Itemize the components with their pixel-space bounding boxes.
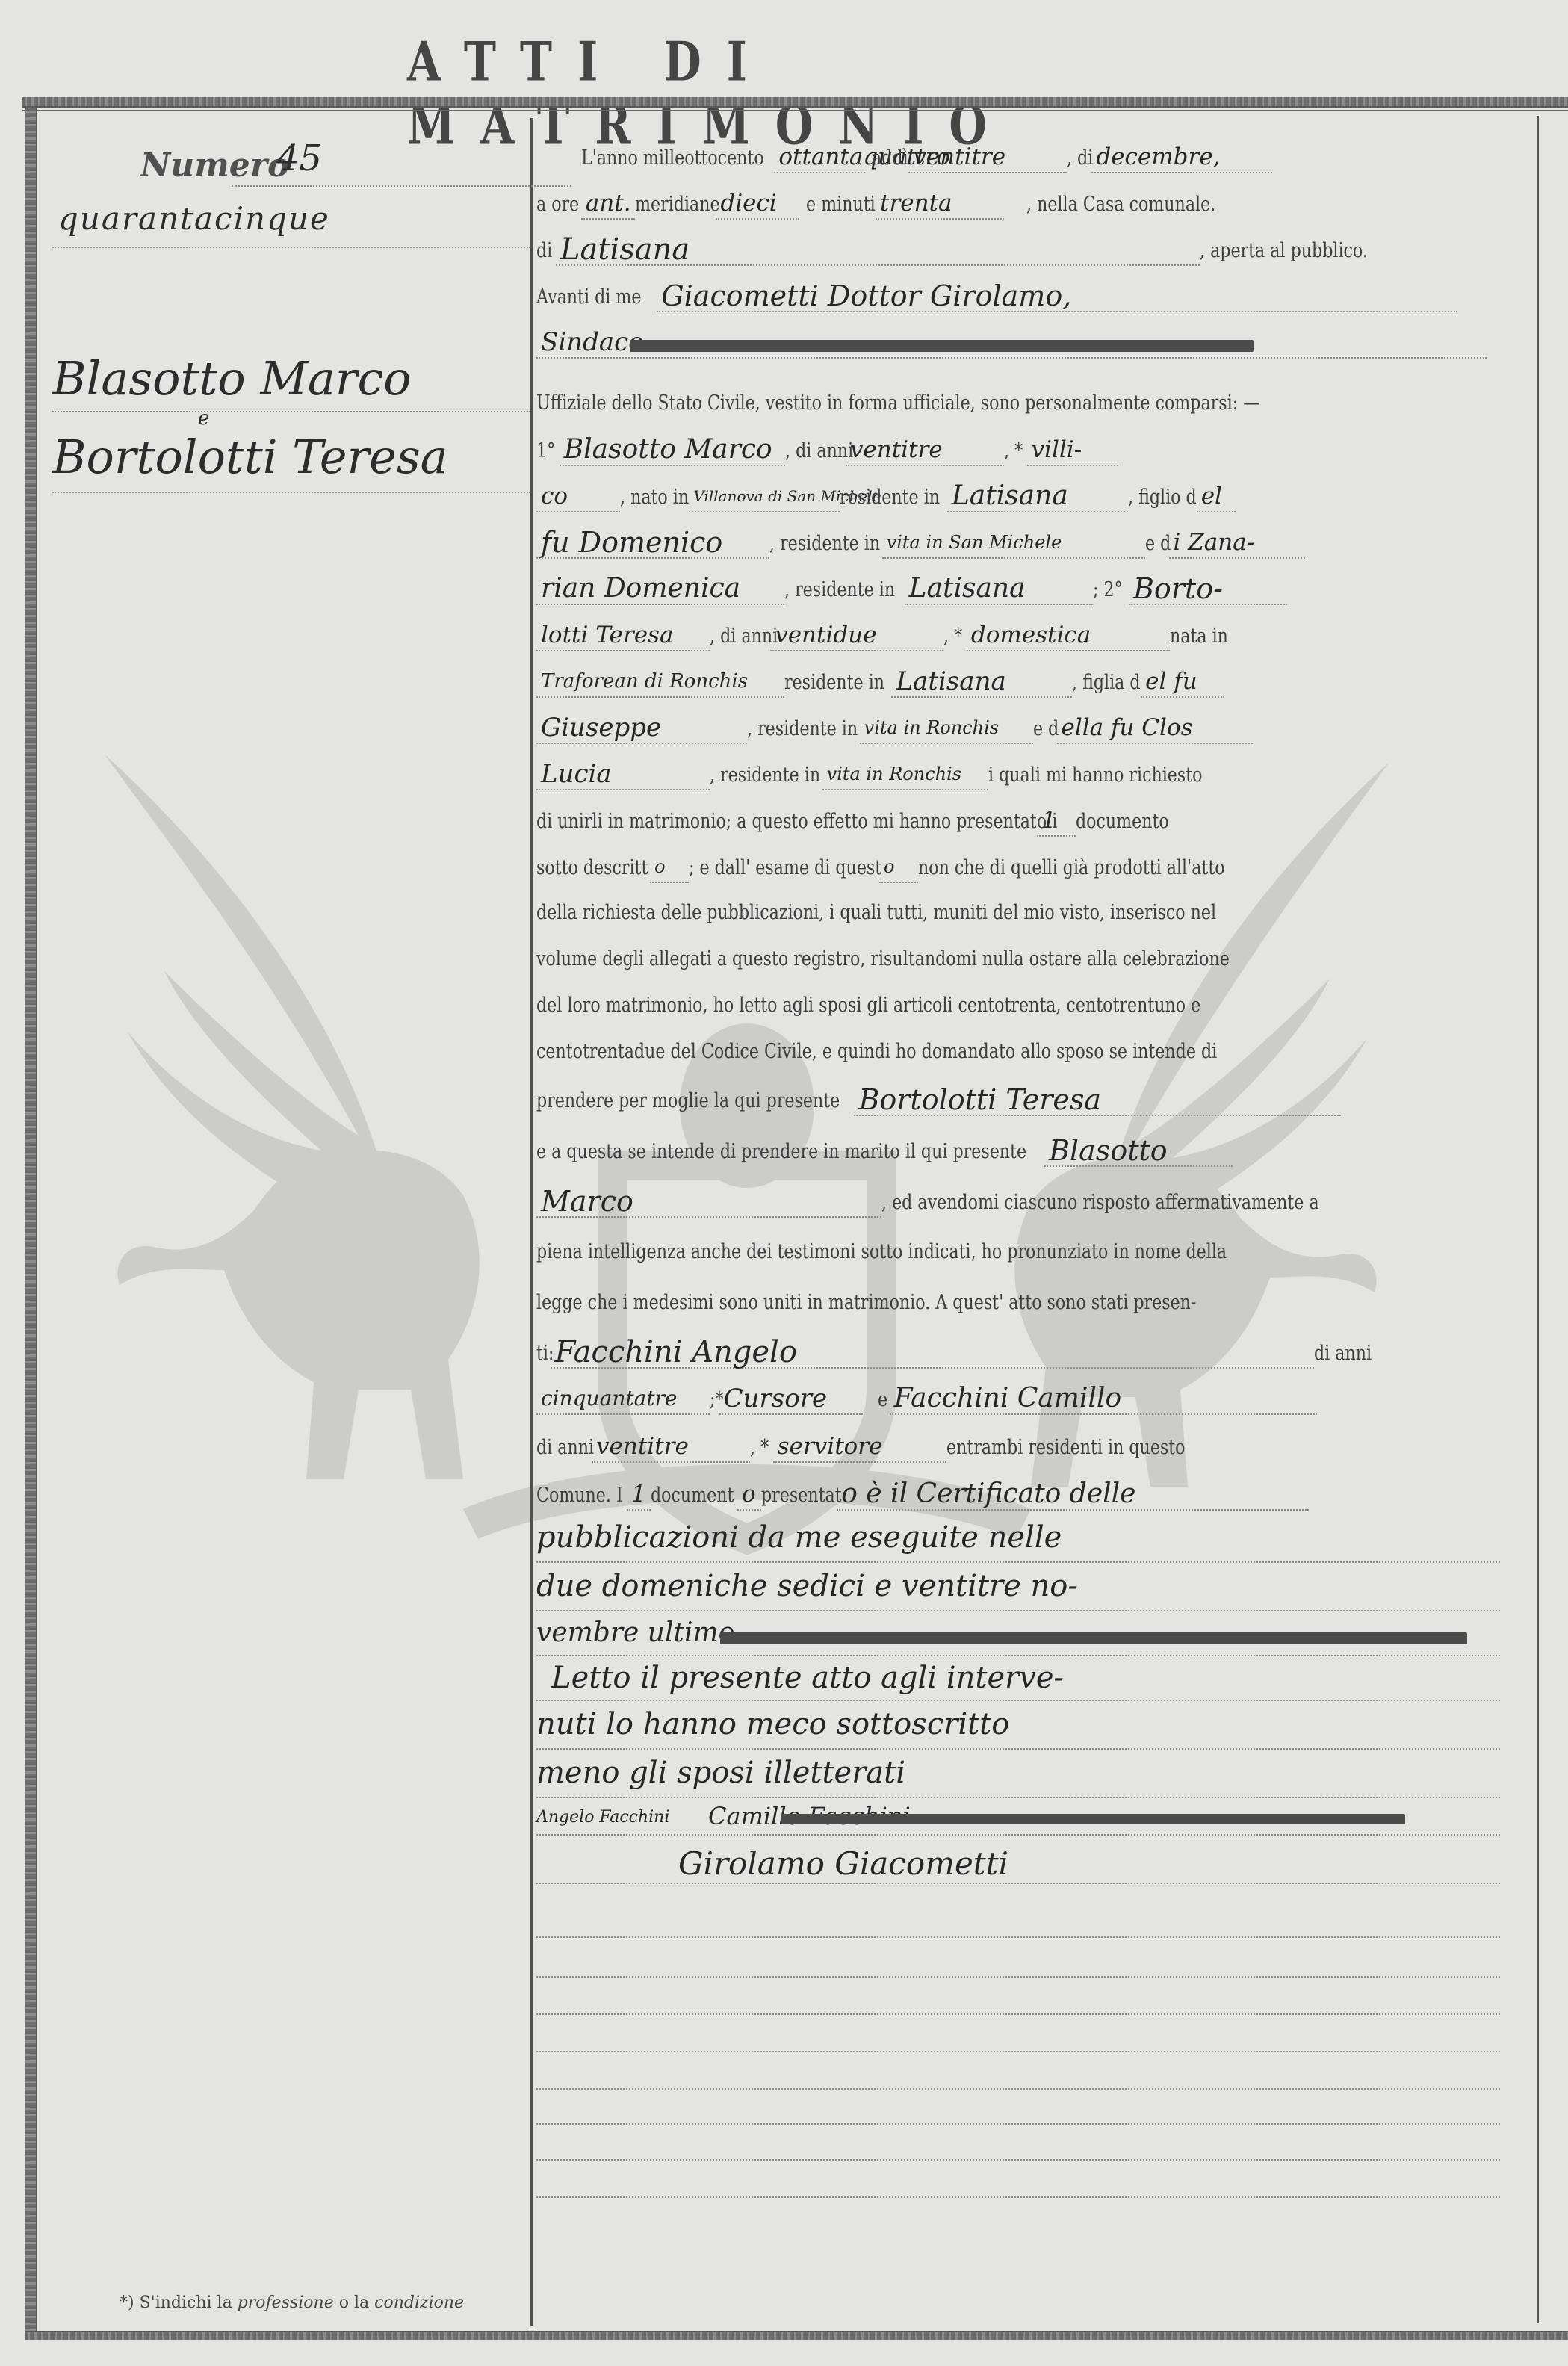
act-number-words: quarantacinque bbox=[58, 200, 330, 237]
dotted-rule bbox=[536, 2013, 1500, 2015]
bride-birthplace-field: Traforean di Ronchis bbox=[536, 666, 784, 698]
dotted-rule bbox=[536, 2088, 1500, 2090]
act-line-text: centotrentadue del Codice Civile, e quin… bbox=[536, 1037, 1507, 1083]
month-field: decembre, bbox=[1091, 142, 1272, 173]
bride-mother-field: Lucia bbox=[536, 759, 710, 790]
dotted-rule bbox=[536, 1700, 1500, 1701]
page-title: ATTI DI MATRIMONIO bbox=[407, 30, 1154, 157]
numero-label: Numero bbox=[140, 146, 289, 185]
witness-2-age-field: ventitre bbox=[592, 1431, 750, 1463]
dotted-rule bbox=[536, 1936, 1500, 1938]
day-field: ventitre bbox=[908, 142, 1067, 173]
act-line-witness-1: ti:Facchini Angelodi anni bbox=[536, 1337, 1507, 1384]
act-line-text: sotto descritto; e dall' esame di questo… bbox=[536, 852, 1507, 898]
act-line-witness-2: cinquantatre;*CursoreeFacchini Camillo bbox=[536, 1384, 1507, 1430]
act-line-text: volume degli allegati a questo registro,… bbox=[536, 944, 1507, 991]
groom-age-field: ventitre bbox=[846, 435, 1004, 466]
act-line-groom-consent: e a questa se intende di prendere in mar… bbox=[536, 1136, 1507, 1182]
dotted-rule bbox=[536, 1748, 1500, 1750]
act-line-groom-father: fu Domenico, residente invita in San Mic… bbox=[536, 527, 1507, 574]
dotted-rule bbox=[536, 1610, 1500, 1611]
officer-signature: Girolamo Giacometti bbox=[678, 1845, 1008, 1882]
witness-1-age-field: cinquantatre bbox=[536, 1384, 710, 1415]
act-line-time: a oreant.meridianedieci e minutitrenta, … bbox=[536, 188, 1507, 235]
dotted-rule bbox=[536, 1976, 1500, 1978]
groom-mother-field: rian Domenica bbox=[536, 574, 784, 605]
frame-left-border bbox=[25, 108, 37, 2338]
municipality-field: Latisana bbox=[556, 235, 1200, 266]
witness-2-profession-field: servitore bbox=[773, 1431, 946, 1463]
handwritten-line: nuti lo hanno meco sottoscritto bbox=[536, 1707, 1009, 1741]
frame-right-border bbox=[1537, 116, 1539, 2323]
frame-top-border bbox=[22, 97, 1568, 108]
spouse-2-name: Bortolotti Teresa bbox=[52, 430, 448, 484]
act-line-officer: Avanti di meGiacometti Dottor Girolamo, bbox=[536, 281, 1507, 327]
act-line-text: legge che i medesimi sono uniti in matri… bbox=[536, 1288, 1507, 1334]
handwritten-line: due domeniche sedici e ventitre no- bbox=[536, 1569, 1078, 1603]
dotted-rule bbox=[536, 2051, 1500, 2052]
act-line-text: della richiesta delle pubblicazioni, i q… bbox=[536, 898, 1507, 944]
act-line-bride-father: Giuseppe, residente invita in Ronchise d… bbox=[536, 713, 1507, 759]
bride-consent-field: Bortolotti Teresa bbox=[854, 1085, 1341, 1116]
groom-father-field: fu Domenico bbox=[536, 527, 769, 559]
strike-bar bbox=[781, 1814, 1405, 1824]
act-line-bride: lotti Teresa, di anniventidue, *domestic… bbox=[536, 620, 1507, 666]
act-number: 45 bbox=[276, 137, 322, 179]
minutes-field: trenta bbox=[876, 188, 1004, 220]
groom-consent-field: Blasotto bbox=[1044, 1136, 1233, 1167]
dotted-rule bbox=[536, 1834, 1500, 1836]
dotted-rule bbox=[52, 492, 530, 493]
groom-profession-field: co bbox=[536, 481, 620, 512]
dotted-rule bbox=[536, 1883, 1500, 1884]
witness-1-profession-field: Cursore bbox=[719, 1384, 863, 1415]
dotted-rule bbox=[536, 2196, 1500, 2198]
act-line-bride-birth: Traforean di Ronchisresidente inLatisana… bbox=[536, 666, 1507, 713]
column-divider bbox=[530, 118, 533, 2326]
dotted-rule bbox=[536, 1797, 1500, 1798]
act-line-preamble: Uffiziale dello Stato Civile, vestito in… bbox=[536, 388, 1507, 435]
act-line-groom-mother: rian Domenica, residente inLatisana; 2°B… bbox=[536, 574, 1507, 620]
dotted-rule bbox=[52, 411, 530, 412]
strike-bar bbox=[630, 340, 1254, 352]
dotted-rule bbox=[536, 2159, 1500, 2161]
act-line-bride-consent: prendere per moglie la qui presenteBorto… bbox=[536, 1085, 1507, 1131]
conjunction: e bbox=[198, 407, 209, 430]
dotted-rule bbox=[52, 247, 530, 248]
act-line-documents: di unirli in matrimonio; a questo effett… bbox=[536, 805, 1507, 852]
witness-1-signature: Angelo Facchini bbox=[536, 1808, 669, 1827]
officer-field: Giacometti Dottor Girolamo, bbox=[657, 281, 1457, 312]
handwritten-line: pubblicazioni da me eseguite nelle bbox=[536, 1520, 1062, 1555]
witness-1-field: Facchini Angelo bbox=[551, 1337, 1314, 1369]
frame-top-rule bbox=[22, 110, 1568, 111]
footnote: *) S'indichi la professione o la condizi… bbox=[120, 2294, 464, 2312]
act-line-documents-presented: Comune. I1documentopresentato è il Certi… bbox=[536, 1479, 1507, 1526]
act-line-place: diLatisana, aperta al pubblico. bbox=[536, 235, 1507, 281]
dotted-rule bbox=[536, 2123, 1500, 2125]
witness-2-field: Facchini Camillo bbox=[890, 1384, 1317, 1415]
frame-bottom-border bbox=[25, 2331, 1568, 2340]
act-line-text: del loro matrimonio, ho letto agli sposi… bbox=[536, 991, 1507, 1037]
dotted-rule bbox=[536, 1655, 1500, 1656]
groom-name-field: Blasotto Marco bbox=[560, 435, 785, 466]
dotted-rule bbox=[536, 1561, 1500, 1563]
handwritten-line: vembre ultimo. bbox=[536, 1617, 743, 1648]
act-line-groom-consent-cont: Marco, ed avendomi ciascuno risposto aff… bbox=[536, 1186, 1507, 1233]
act-line-witness-2-details: di anniventitre, *servitoreentrambi resi… bbox=[536, 1431, 1507, 1478]
bride-profession-field: domestica bbox=[967, 620, 1170, 651]
year-field: ottantaquattro bbox=[774, 142, 865, 173]
dotted-rule bbox=[232, 185, 571, 187]
handwritten-line: meno gli sposi illetterati bbox=[536, 1756, 905, 1790]
groom-birthplace-field: Villanova di San Michele bbox=[689, 481, 840, 512]
bride-father-field: Giuseppe bbox=[536, 713, 747, 744]
act-line-bride-mother: Lucia, residente invita in Ronchisi qual… bbox=[536, 759, 1507, 805]
bride-name-field: lotti Teresa bbox=[536, 620, 710, 651]
act-line-date: L'anno milleottocentoottantaquattro addì… bbox=[536, 142, 1507, 188]
handwritten-line: Letto il presente atto agli interve- bbox=[551, 1661, 1064, 1695]
hour-field: dieci bbox=[716, 188, 799, 220]
spouse-1-name: Blasotto Marco bbox=[52, 351, 412, 406]
act-line-text: piena intelligenza anche dei testimoni s… bbox=[536, 1237, 1507, 1283]
bride-age-field: ventidue bbox=[770, 620, 943, 651]
act-line-groom-birth: co, nato inVillanova di San Micheleresid… bbox=[536, 481, 1507, 527]
act-line-groom: 1°Blasotto Marco, di anniventitre, *vill… bbox=[536, 435, 1507, 481]
strike-bar bbox=[720, 1632, 1467, 1644]
